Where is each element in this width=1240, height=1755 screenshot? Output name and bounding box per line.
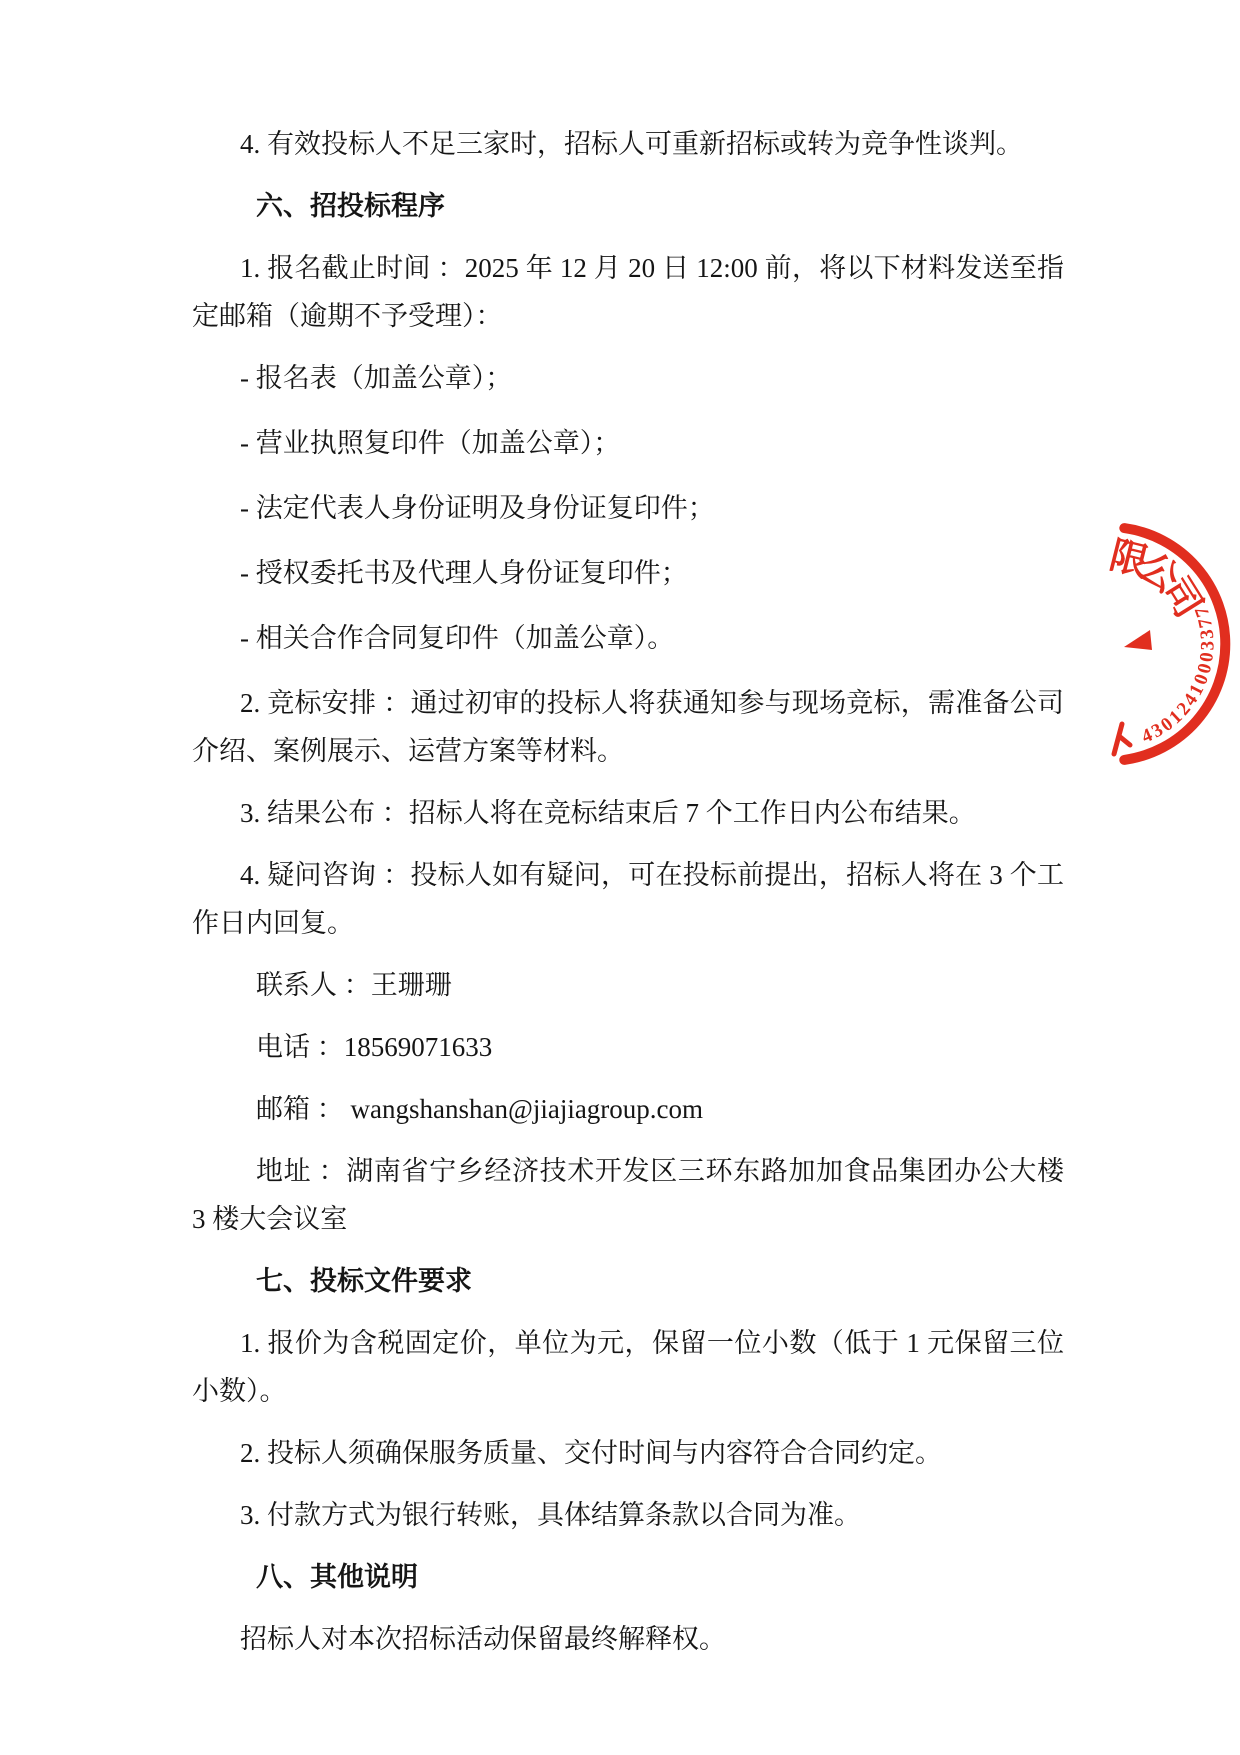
seal-company-text: 限公司	[1105, 535, 1209, 626]
seal-digit: 0	[1194, 661, 1217, 675]
document-body: 4. 有效投标人不足三家时，招标人可重新招标或转为竞争性谈判。六、招投标程序1.…	[192, 120, 1064, 1677]
clause-questions: 4. 疑问咨询 ：投标人如有疑问，可在投标前提出，招标人将在 3 个工作日内回复…	[192, 851, 1064, 947]
seal-digit: 3	[1148, 719, 1167, 742]
clause-quality-rule: 2. 投标人须确保服务质量、交付时间与内容符合合同约定。	[192, 1429, 1064, 1477]
material-legal-rep-id: - 法定代表人身份证明及身份证复印件；	[192, 484, 1064, 532]
clause-result-announcement: 3. 结果公布 ：招标人将在竞标结束后 7 个工作日内公布结果。	[192, 789, 1064, 837]
section-7-heading: 七、投标文件要求	[192, 1257, 1064, 1305]
seal-ring-arc	[1124, 528, 1225, 760]
material-registration-form: - 报名表（加盖公章）；	[192, 354, 1064, 402]
material-authorization: - 授权委托书及代理人身份证复印件；	[192, 549, 1064, 597]
section-8-heading: 八、其他说明	[192, 1553, 1064, 1601]
contact-address: 地址 ：湖南省宁乡经济技术开发区三环东路加加食品集团办公大楼 3 楼大会议室	[192, 1147, 1064, 1243]
section-6-heading: 六、招投标程序	[192, 182, 1064, 230]
contact-person: 联系人 ：王珊珊	[192, 961, 1064, 1009]
material-business-license: - 营业执照复印件（加盖公章）；	[192, 419, 1064, 467]
seal-digit: 7	[1191, 603, 1214, 619]
clause-payment-rule: 3. 付款方式为银行转账，具体结算条款以合同为准。	[192, 1491, 1064, 1539]
seal-char: 公	[1131, 545, 1186, 601]
seal-digit: 1	[1165, 706, 1186, 728]
seal-digit: 7	[1194, 616, 1217, 630]
seal-digit: 0	[1196, 651, 1218, 663]
clause-invalid-bidders: 4. 有效投标人不足三家时，招标人可重新招标或转为竞争性谈判。	[192, 120, 1064, 168]
contact-email: 邮箱 ： wangshanshan@jiajiagroup.com	[192, 1085, 1064, 1133]
seal-digit: 2	[1173, 699, 1195, 720]
seal-digit: 0	[1190, 671, 1213, 687]
seal-digit: 4	[1139, 724, 1156, 747]
seal-serial-digits: 43012410003377	[1139, 603, 1219, 747]
seal-char: 司	[1154, 571, 1210, 625]
clause-bidding-arrangement: 2. 竞标安排 ：通过初审的投标人将获通知参与现场竞标，需准备公司介绍、案例展示…	[192, 679, 1064, 775]
clause-final-interpretation: 招标人对本次招标活动保留最终解释权。	[192, 1615, 1064, 1663]
contact-phone: 电话 ：18569071633	[192, 1023, 1064, 1071]
clause-price-rule: 1. 报价为含税固定价，单位为元，保留一位小数（低于 1 元保留三位小数）。	[192, 1319, 1064, 1415]
seal-bottom-mark	[1114, 724, 1130, 754]
clause-registration-deadline: 1. 报名截止时间 ：2025 年 12 月 20 日 12:00 前，将以下材…	[192, 244, 1064, 340]
seal-star-point	[1124, 630, 1152, 650]
seal-digit: 4	[1180, 690, 1203, 710]
seal-char: 限	[1105, 535, 1152, 585]
seal-digit: 0	[1157, 713, 1177, 736]
seal-digit: 1	[1185, 681, 1208, 699]
material-contract-copy: - 相关合作合同复印件（加盖公章）。	[192, 614, 1064, 662]
seal-digit: 3	[1197, 628, 1219, 640]
seal-digit: 3	[1197, 641, 1218, 651]
